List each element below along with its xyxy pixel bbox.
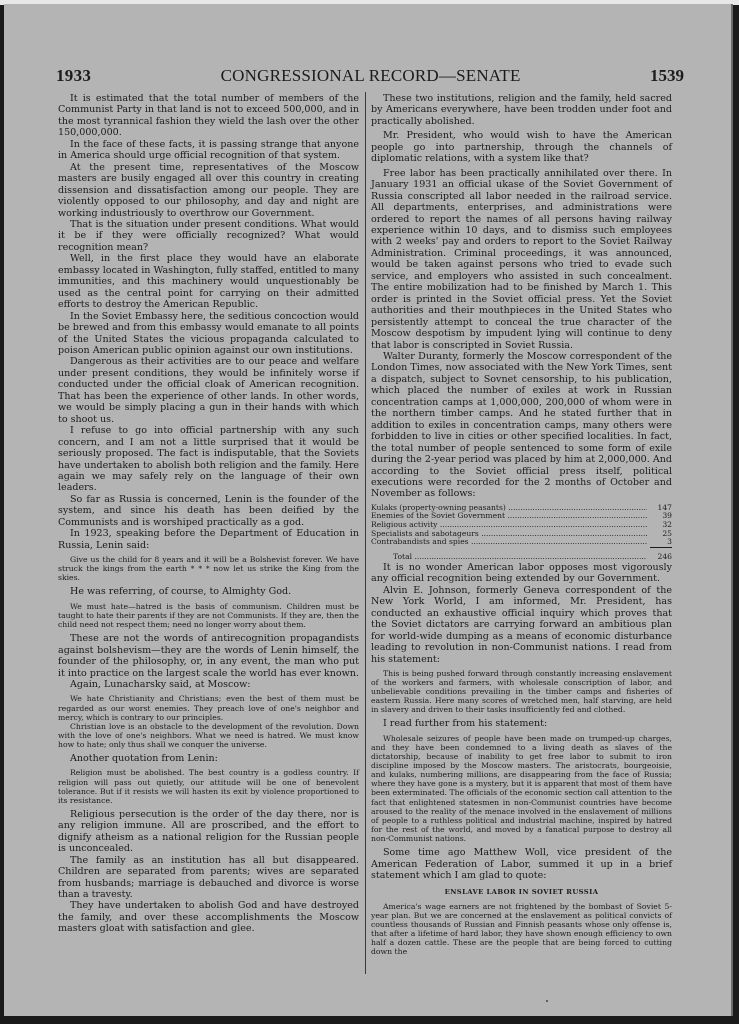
table-cell-value: 246 — [650, 547, 672, 562]
block-quote: Religion must be abolished. The best cou… — [58, 768, 359, 804]
paragraph: These two institutions, religion and the… — [371, 93, 672, 127]
paragraph: Walter Duranty, formerly the Moscow corr… — [371, 351, 672, 500]
paragraph: That is the situation under present cond… — [58, 219, 359, 253]
paragraph: Religious persecution is the order of th… — [58, 809, 359, 855]
table-cell-label: Contrabandists and spies — [371, 538, 650, 547]
header-year: 1933 — [56, 66, 91, 86]
paragraph: The family as an institution has all but… — [58, 855, 359, 901]
paragraph: Again, Lunacharsky said, at Moscow: — [58, 679, 359, 690]
executions-table: Kulaks (property-owning peasants)147Enem… — [371, 504, 672, 562]
paragraph: Dangerous as their activities are to our… — [58, 356, 359, 425]
paragraph: I read further from his statement: — [371, 718, 672, 729]
block-quote: Give us the child for 8 years and it wil… — [58, 555, 359, 582]
paragraph: Mr. President, who would wish to have th… — [371, 130, 672, 164]
header-page-number: 1539 — [650, 66, 684, 86]
paragraph: It is estimated that the total number of… — [58, 93, 359, 139]
block-quote: America's wage earners are not frightene… — [371, 902, 672, 957]
right-column: These two institutions, religion and the… — [371, 93, 672, 960]
header-title: CONGRESSIONAL RECORD—SENATE — [221, 66, 521, 86]
paragraph: In 1923, speaking before the Department … — [58, 528, 359, 551]
block-quote: We must hate—hatred is the basis of comm… — [58, 602, 359, 629]
paragraph: Another quotation from Lenin: — [58, 753, 359, 764]
paragraph: Some time ago Matthew Woll, vice preside… — [371, 847, 672, 881]
table-row: Contrabandists and spies3 — [371, 538, 672, 547]
paragraph: In the Soviet Embassy here, the seditiou… — [58, 311, 359, 357]
left-column: It is estimated that the total number of… — [58, 93, 359, 935]
table-cell-label: Religious activity — [371, 521, 650, 530]
paragraph: Alvin E. Johnson, formerly Geneva corres… — [371, 585, 672, 665]
table-cell-value: 3 — [650, 538, 672, 547]
table-cell-label: Specialists and sabotageurs — [371, 530, 650, 539]
table-cell-label: Total — [371, 547, 650, 562]
block-quote: Christian love is an obstacle to the dev… — [58, 722, 359, 749]
block-quote: We hate Christianity and Christians; eve… — [58, 694, 359, 721]
paragraph: In the face of these facts, it is passin… — [58, 139, 359, 162]
page-header: 1933 CONGRESSIONAL RECORD—SENATE 1539 — [56, 66, 684, 88]
table-row: Specialists and sabotageurs25 — [371, 530, 672, 539]
scan-speck — [546, 1000, 548, 1002]
paragraph: Free labor has been practically annihila… — [371, 168, 672, 351]
table-row: Religious activity32 — [371, 521, 672, 530]
paragraph: I refuse to go into official partnership… — [58, 425, 359, 494]
paragraph: At the present time, representatives of … — [58, 162, 359, 219]
paragraph: Well, in the first place they would have… — [58, 253, 359, 310]
table-cell-label: Kulaks (property-owning peasants) — [371, 504, 650, 513]
paragraph: He was referring, of course, to Almighty… — [58, 586, 359, 597]
paragraph: These are not the words of antirecogniti… — [58, 633, 359, 679]
table-row: Enemies of the Soviet Government39 — [371, 512, 672, 521]
column-divider — [365, 92, 366, 974]
paragraph: They have undertaken to abolish God and … — [58, 900, 359, 934]
block-quote: This is being pushed forward through con… — [371, 669, 672, 714]
quote-heading: ENSLAVE LABOR IN SOVIET RUSSIA — [371, 887, 672, 898]
paragraph: It is no wonder American labor opposes m… — [371, 562, 672, 585]
table-row: Kulaks (property-owning peasants)147 — [371, 504, 672, 513]
table-total-row: Total246 — [371, 547, 672, 562]
block-quote: Wholesale seizures of people have been m… — [371, 734, 672, 843]
table-cell-label: Enemies of the Soviet Government — [371, 512, 650, 521]
paragraph: So far as Russia is concerned, Lenin is … — [58, 494, 359, 528]
